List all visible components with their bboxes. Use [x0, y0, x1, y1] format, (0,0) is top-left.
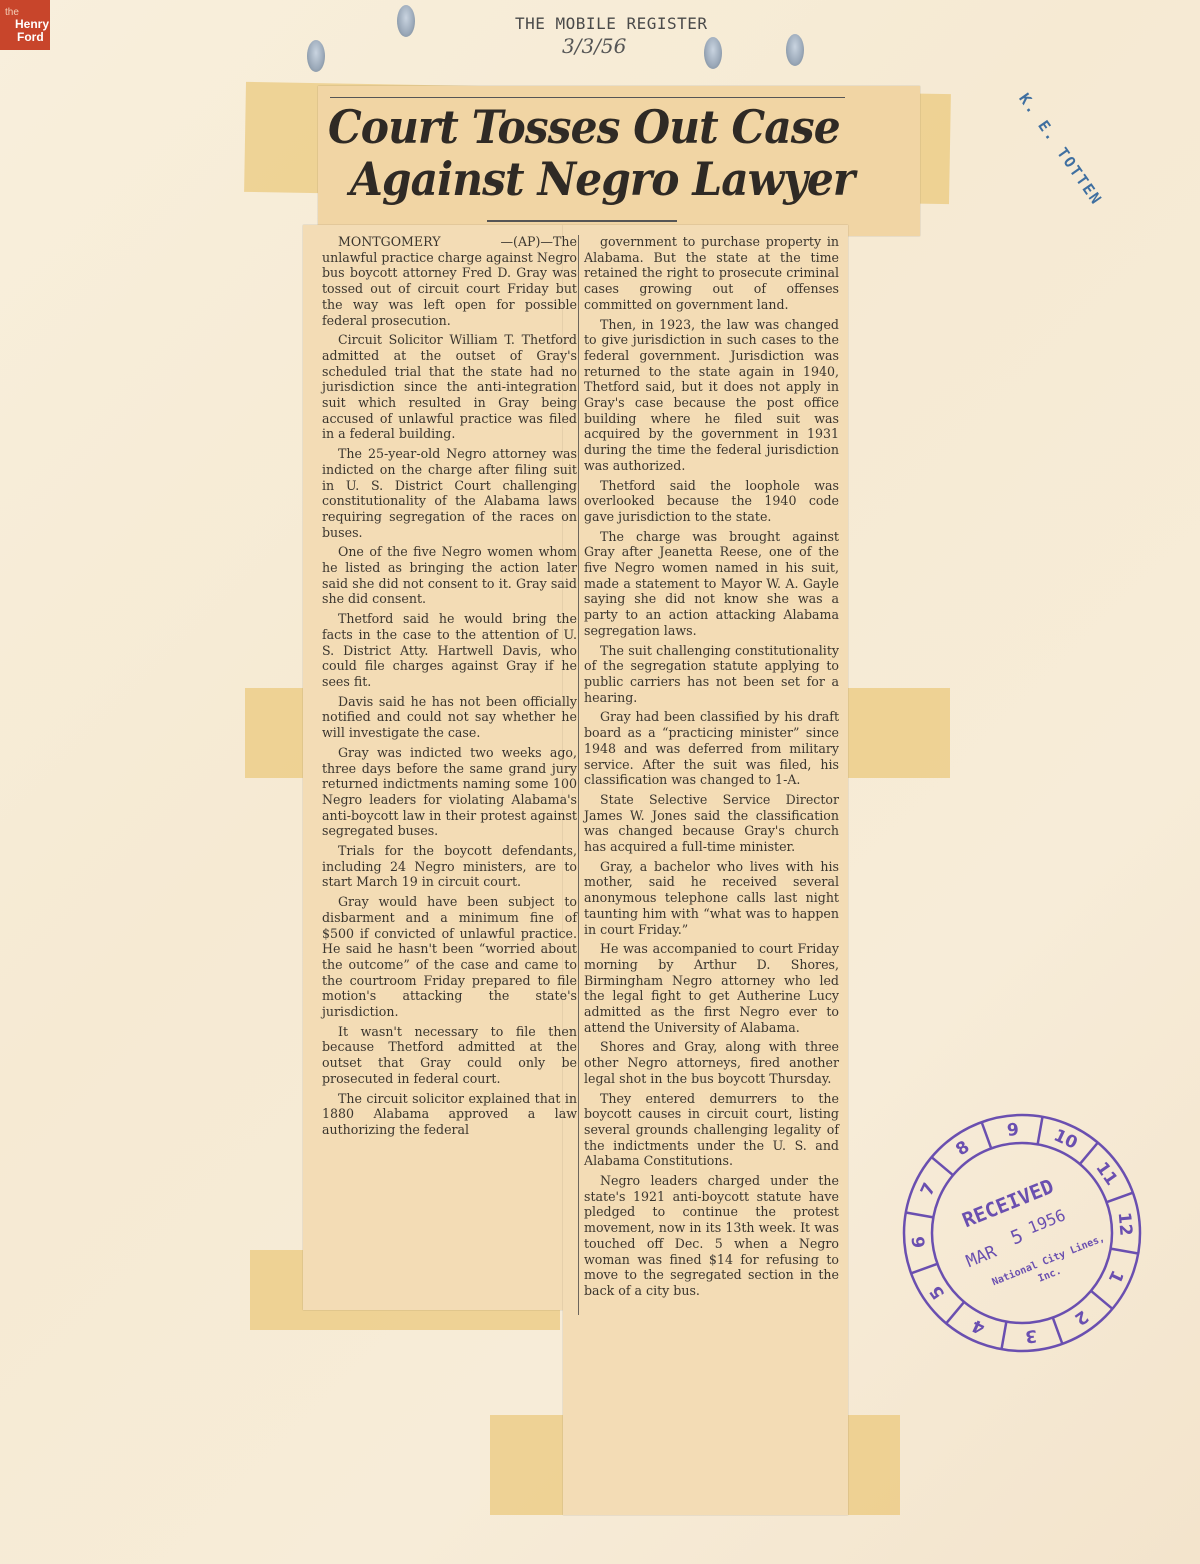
article-paragraph: Then, in 1923, the law was changed to gi…	[584, 317, 839, 474]
headline-divider	[487, 220, 677, 222]
article-paragraph: Gray, a bachelor who lives with his moth…	[584, 859, 839, 938]
article-paragraph: It wasn't necessary to file then because…	[322, 1024, 577, 1087]
article-paragraph: Gray had been classified by his draft bo…	[584, 709, 839, 788]
article-paragraph: Gray was indicted two weeks ago, three d…	[322, 745, 577, 839]
svg-text:6: 6	[909, 1235, 930, 1249]
received-stamp: 910111212345678 RECEIVED MAR 5 1956 Nati…	[900, 1105, 1145, 1360]
punch-hole	[704, 37, 722, 69]
article-paragraph: Negro leaders charged under the state's …	[584, 1173, 839, 1299]
article-left-column: MONTGOMERY —(AP)—The unlawful practice c…	[322, 234, 577, 1138]
logo-ford: Ford	[17, 31, 44, 43]
article-paragraph: The circuit solicitor explained that in …	[322, 1091, 577, 1138]
article-paragraph: The 25-year-old Negro attorney was indic…	[322, 446, 577, 540]
svg-text:12: 12	[1114, 1211, 1136, 1236]
article-paragraph: Davis said he has not been officially no…	[322, 694, 577, 741]
article-paragraph: He was accompanied to court Friday morni…	[584, 941, 839, 1035]
article-paragraph: Thetford said he would bring the facts i…	[322, 611, 577, 690]
name-stamp: K. E. TOTTEN	[1015, 90, 1106, 209]
article-paragraph: The charge was brought against Gray afte…	[584, 529, 839, 639]
punch-hole	[397, 5, 415, 37]
punch-hole	[307, 40, 325, 72]
svg-text:5: 5	[926, 1281, 949, 1302]
henry-ford-logo: the Henry Ford	[0, 0, 50, 50]
logo-henry: Henry	[15, 18, 49, 30]
svg-text:7: 7	[917, 1180, 940, 1199]
article-paragraph: Trials for the boycott defendants, inclu…	[322, 843, 577, 890]
publication-name: THE MOBILE REGISTER	[515, 14, 708, 33]
article-paragraph: Shores and Gray, along with three other …	[584, 1039, 839, 1086]
stamp-month: MAR	[963, 1242, 1000, 1272]
article-paragraph: MONTGOMERY —(AP)—The unlawful practice c…	[322, 234, 577, 328]
headline-line1: Court Tosses Out Case	[328, 100, 840, 154]
svg-text:4: 4	[969, 1315, 988, 1338]
svg-text:8: 8	[952, 1137, 973, 1160]
punch-hole	[786, 34, 804, 66]
article-paragraph: Thetford said the loophole was overlooke…	[584, 478, 839, 525]
publication-date: 3/3/56	[562, 34, 626, 58]
svg-text:9: 9	[1006, 1120, 1020, 1141]
svg-text:2: 2	[1070, 1306, 1091, 1329]
headline-line2: Against Negro Lawyer	[350, 152, 854, 206]
article-right-column: government to purchase property in Alaba…	[584, 234, 839, 1299]
stamp-day: 5	[1008, 1225, 1027, 1250]
headline-top-rule	[330, 97, 845, 98]
svg-text:1: 1	[1104, 1267, 1127, 1286]
svg-text:3: 3	[1024, 1325, 1038, 1346]
article-paragraph: The suit challenging constitutionality o…	[584, 643, 839, 706]
stamp-year: 1956	[1025, 1205, 1068, 1237]
article-paragraph: They entered demurrers to the boycott ca…	[584, 1091, 839, 1170]
column-divider	[578, 235, 579, 1315]
article-paragraph: Circuit Solicitor William T. Thetford ad…	[322, 332, 577, 442]
article-paragraph: One of the five Negro women whom he list…	[322, 544, 577, 607]
article-paragraph: Gray would have been subject to disbarme…	[322, 894, 577, 1020]
article-paragraph: government to purchase property in Alaba…	[584, 234, 839, 313]
article-paragraph: State Selective Service Director James W…	[584, 792, 839, 855]
